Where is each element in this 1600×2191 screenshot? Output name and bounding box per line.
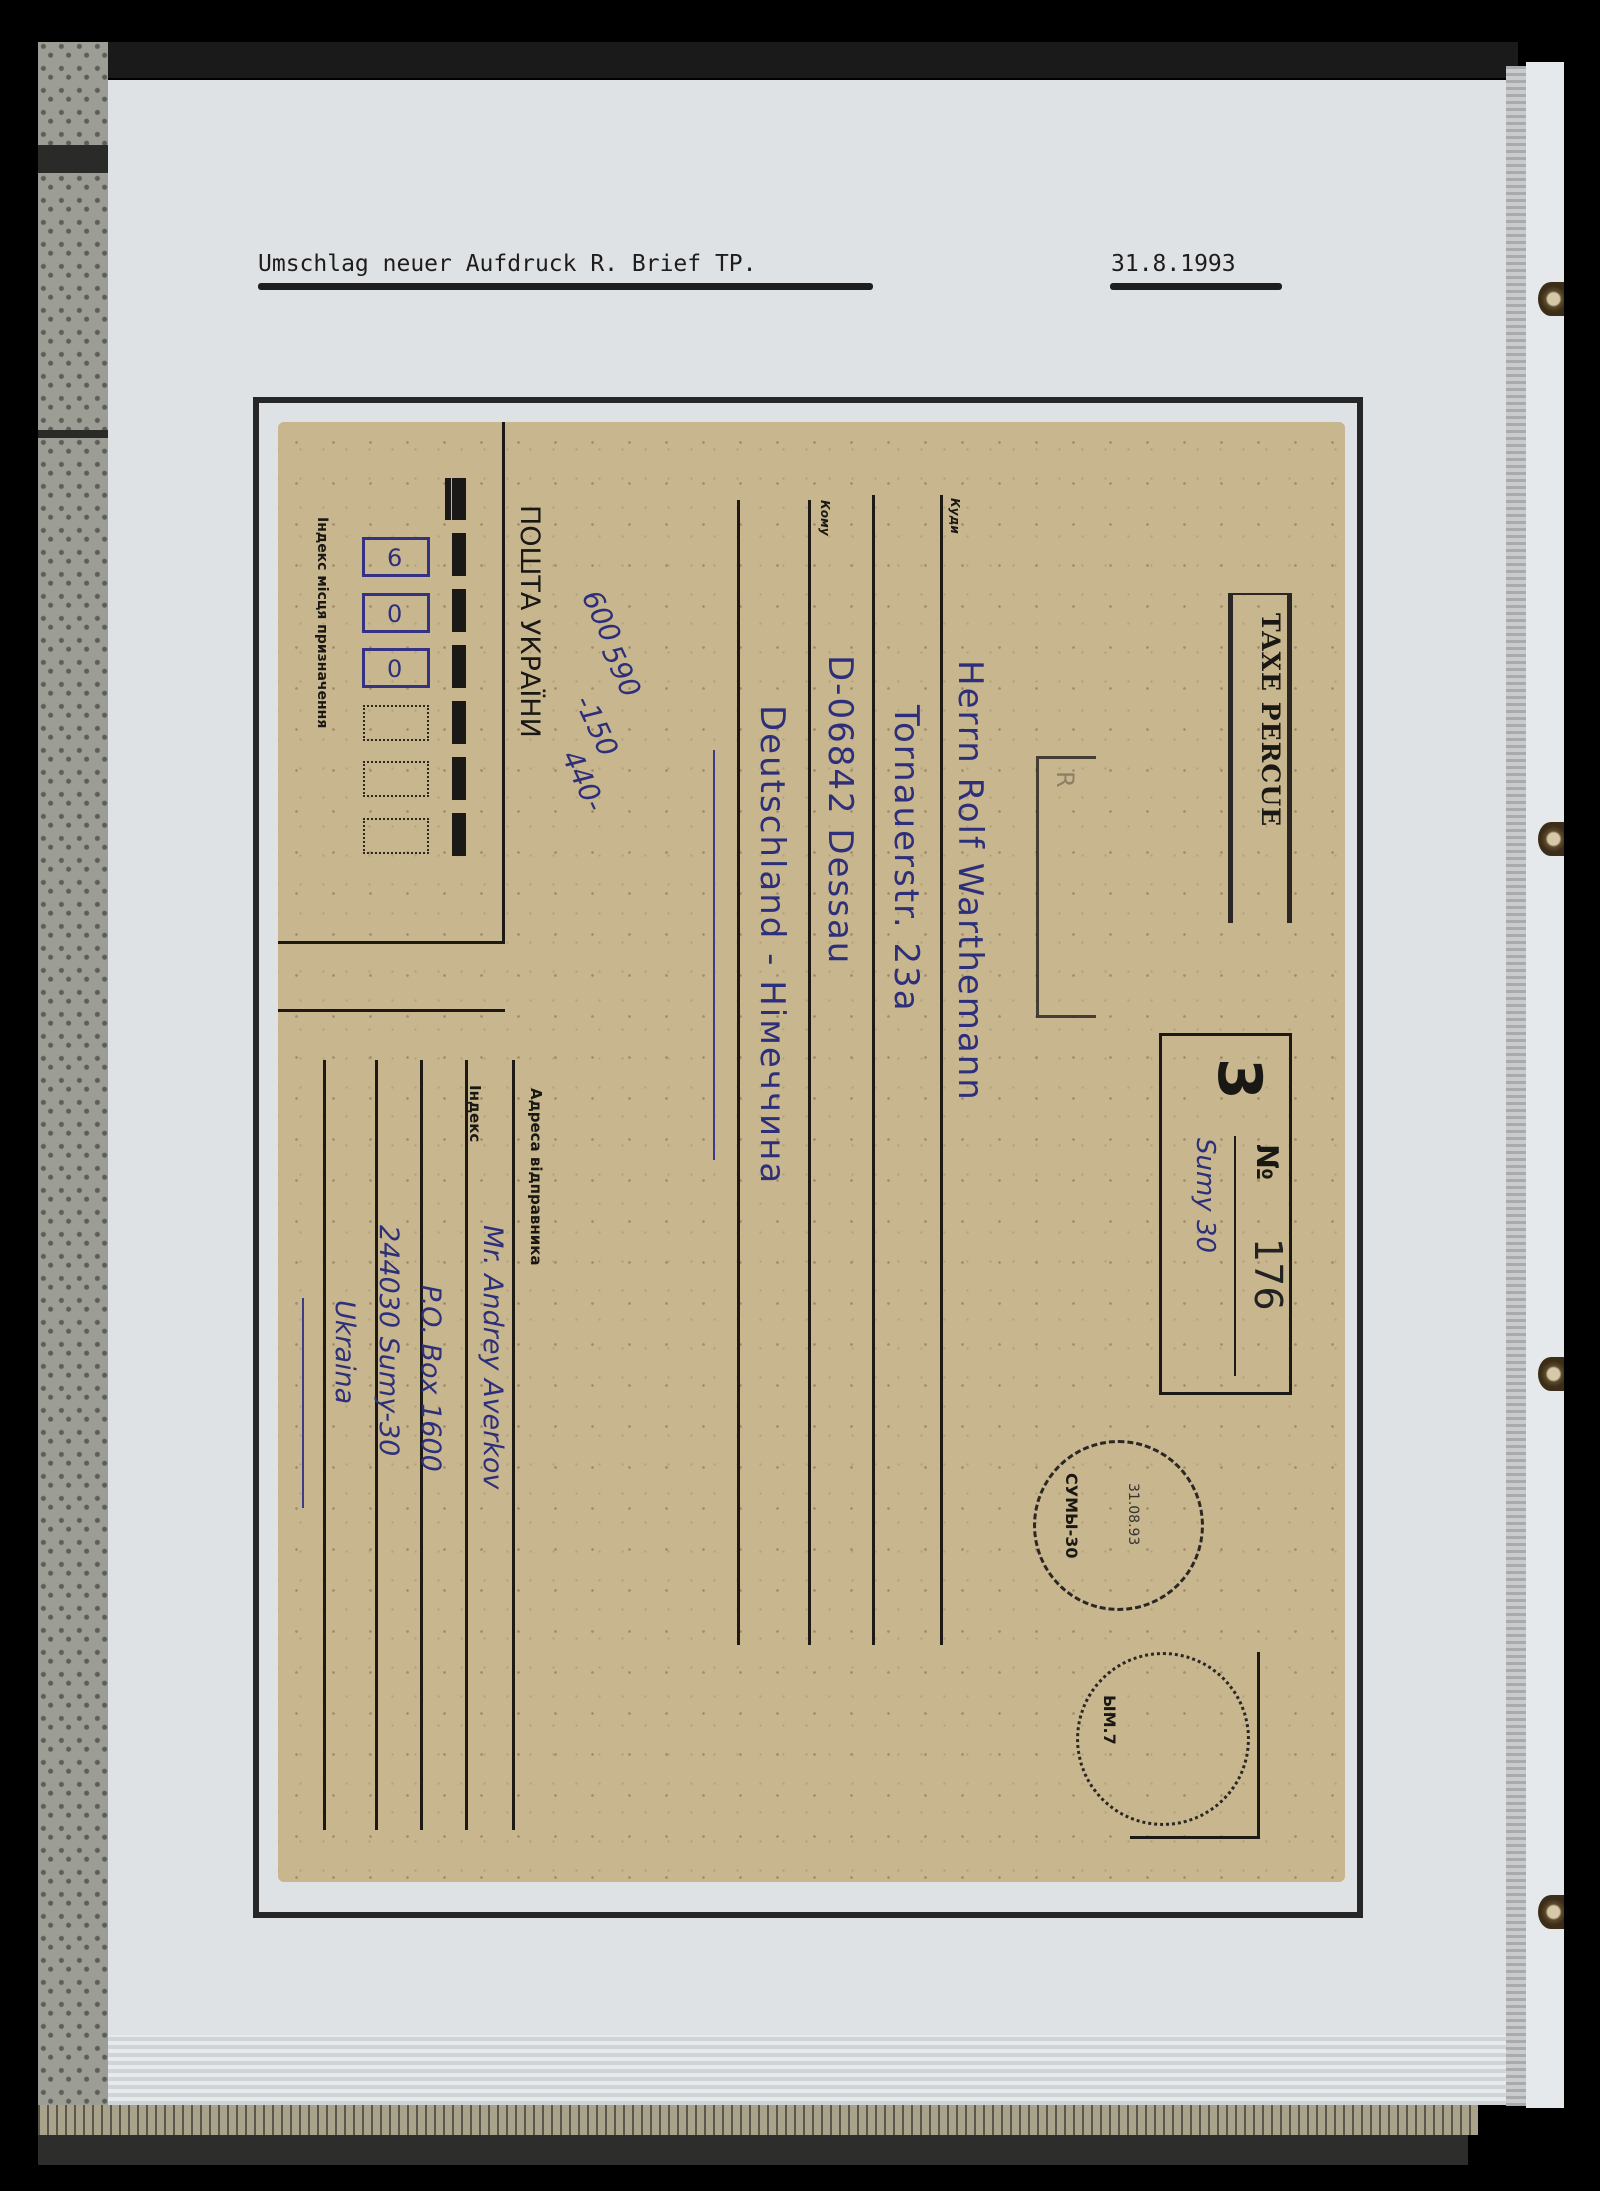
registration-r-box: R: [1036, 756, 1096, 1018]
page-date: 31.8.1993: [1111, 251, 1236, 277]
sender-city: 244030 Sumy-30: [373, 1225, 404, 1456]
album-cover-edge: [38, 42, 108, 2122]
postmark-text: СУМЫ-30: [1062, 1473, 1081, 1558]
bar-mark: [452, 533, 466, 576]
sender-line: [465, 1060, 468, 1830]
postmark-date: 31.08.93: [1125, 1483, 1141, 1545]
recipient-street: Tornauerstr. 23a: [886, 705, 926, 1013]
taxe-percue-text: TAXE PERCUE: [1256, 613, 1285, 827]
bar-mark: [452, 701, 466, 744]
album-cover-band: [38, 430, 108, 438]
binder-ring-icon: [1538, 1895, 1564, 1929]
postcode-box-border: [502, 422, 505, 944]
sleeve-binding-strip: [1506, 66, 1526, 2106]
postcode-digit-box-empty: [363, 818, 429, 854]
bar-mark: [452, 813, 466, 856]
index-label: Індекс: [466, 1085, 484, 1142]
label-divider: [1234, 1136, 1236, 1376]
bar-mark: [452, 589, 466, 632]
album-cover-band: [38, 145, 108, 173]
to-whom-label: Кому: [818, 500, 832, 536]
sender-address-label: Адреса відправника: [527, 1088, 545, 1266]
postcode-digit-box: 6: [362, 537, 430, 577]
sender-line: [512, 1060, 515, 1830]
address-line: [737, 500, 740, 1645]
page-title: Umschlag neuer Aufdruck R. Brief TP.: [258, 251, 757, 277]
postcode-digit-box: 0: [362, 593, 430, 633]
binder-ring-icon: [1538, 1357, 1564, 1391]
postcode-digit-box-empty: [363, 761, 429, 797]
address-line: [872, 495, 875, 1645]
stamp-area-border: [1257, 1652, 1260, 1838]
recipient-country: Deutschland - Німеччина: [752, 705, 792, 1185]
protective-sleeve-edge: [108, 2035, 1526, 2105]
registration-digit: 3: [1204, 1058, 1274, 1100]
bar-mark: [452, 478, 466, 520]
bar-mark: [452, 645, 466, 688]
r-letter: R: [1051, 771, 1079, 788]
postmark-arrival: ЫМ.7: [1076, 1652, 1250, 1826]
taxe-percue-cachet: TAXE PERCUE: [1228, 593, 1292, 923]
address-line: [808, 500, 811, 1645]
sender-box-border: [278, 1009, 505, 1012]
postcode-caption: Індекс місця призначення: [314, 517, 330, 728]
sender-name: Mr. Andrey Averkov: [477, 1225, 508, 1489]
registration-number: 176: [1246, 1238, 1290, 1311]
title-underline: [258, 283, 873, 290]
postmark-sumy: СУМЫ-30 31.08.93: [1033, 1440, 1204, 1611]
postmark-text: ЫМ.7: [1100, 1695, 1119, 1745]
sender-po-box: P.O. Box 1600: [415, 1285, 446, 1472]
sleeve-margin: [1526, 62, 1564, 2108]
date-underline: [1110, 283, 1282, 290]
address-line: [940, 495, 943, 1645]
binder-ring-icon: [1538, 822, 1564, 856]
album-cover-bottom: [38, 2105, 1478, 2135]
postcode-digit-box-empty: [363, 705, 429, 741]
album-cover-bottom-dark: [38, 2135, 1468, 2165]
sender-line: [323, 1060, 326, 1830]
recipient-city: D-06842 Dessau: [820, 655, 860, 965]
registration-label: 3 № 176 Sumy 30: [1159, 1033, 1292, 1395]
pen-stroke: [302, 1298, 304, 1508]
sender-country: Ukraina: [329, 1300, 360, 1404]
bar-mark: [445, 478, 451, 520]
postcode-digit-box: 0: [362, 648, 430, 688]
binder-background: [38, 42, 1518, 78]
number-sign: №: [1249, 1144, 1284, 1180]
binder-ring-icon: [1538, 282, 1564, 316]
recipient-name: Herrn Rolf Warthemann: [950, 660, 990, 1102]
pen-stroke: [713, 750, 715, 1160]
registration-office: Sumy 30: [1190, 1138, 1220, 1253]
postcode-box-border: [278, 941, 505, 944]
stamp-area-border: [1130, 1836, 1260, 1839]
bar-mark: [452, 757, 466, 800]
where-label: Куди: [948, 498, 962, 534]
issuer-imprint: ПОШТА УКРАЇНИ: [514, 505, 545, 738]
